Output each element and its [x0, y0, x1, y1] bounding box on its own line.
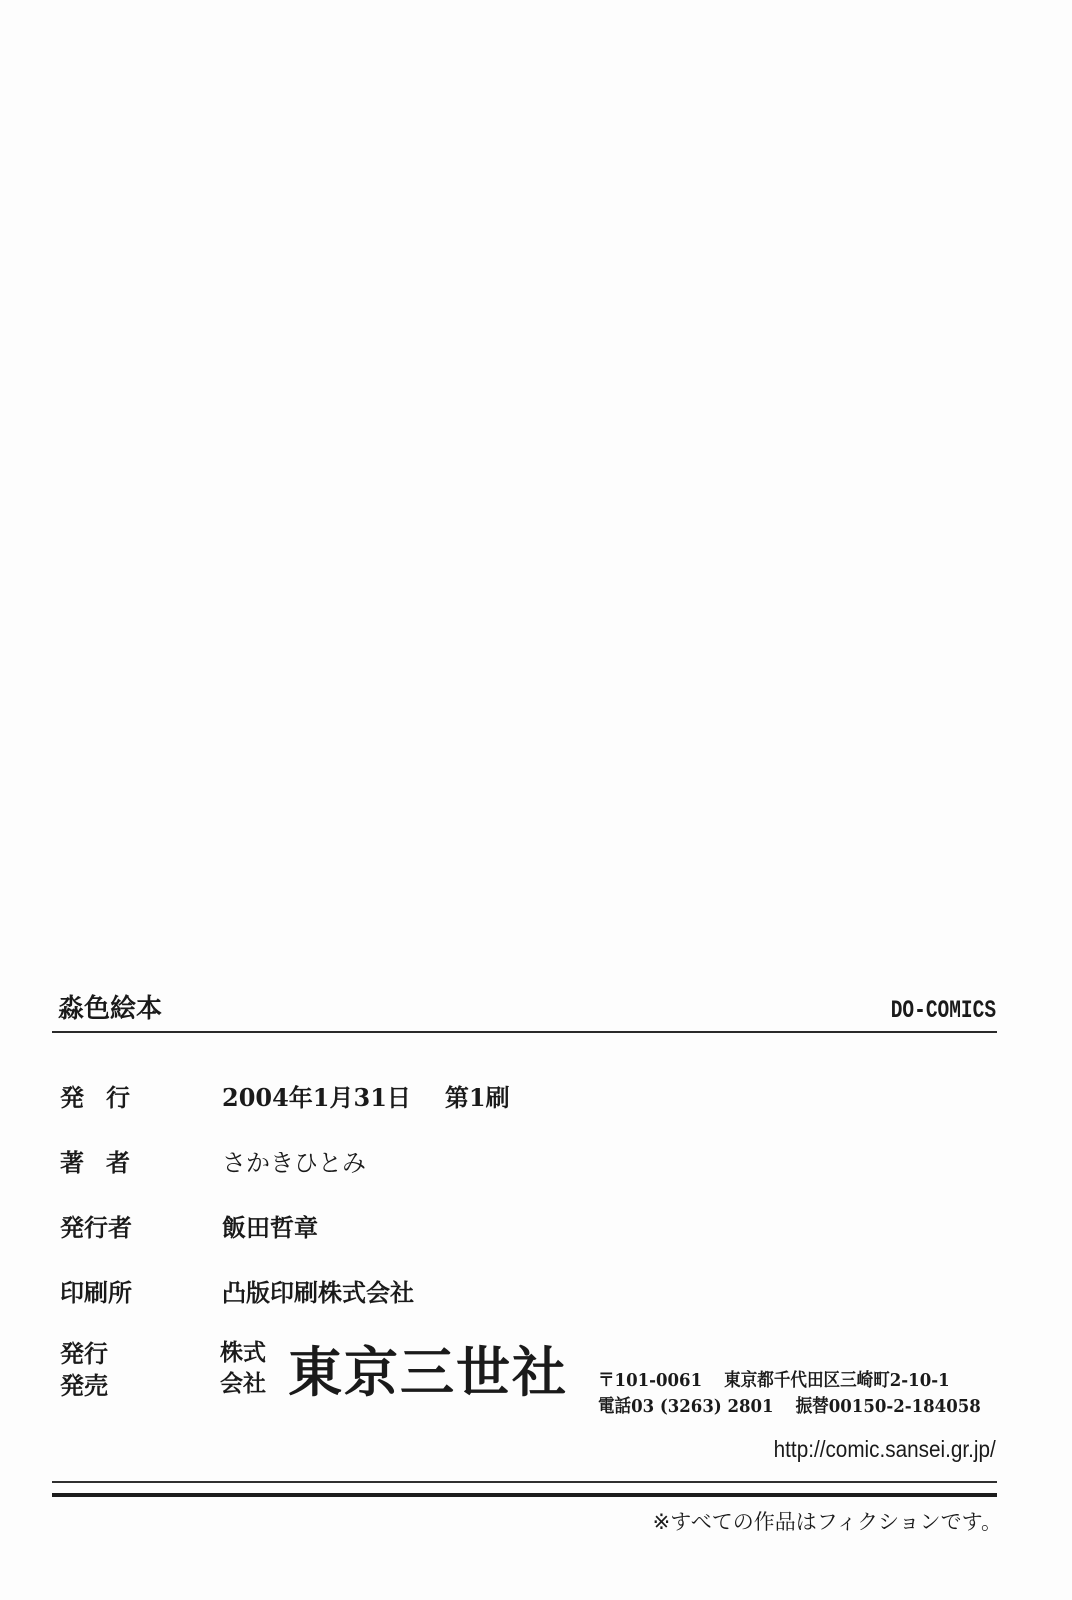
phone-number: 電話03 (3263) 2801	[598, 1396, 774, 1417]
publisher-url[interactable]: http://comic.sansei.gr.jp/	[774, 1436, 996, 1463]
publish-date: 2004年1月31日	[222, 1083, 411, 1112]
author-value: さかきひとみ	[222, 1143, 366, 1178]
contact-line: 電話03 (3263) 2801振替00150-2-184058	[598, 1394, 981, 1420]
bottom-divider-thin	[52, 1481, 997, 1483]
printer-label: 印刷所	[60, 1273, 132, 1308]
bottom-divider-thick	[52, 1493, 997, 1497]
kabushiki-line1: 株式	[220, 1338, 266, 1369]
publisher-name: 東京三世社	[288, 1330, 568, 1407]
publisher-address: 〒101-0061東京都千代田区三崎町2-10-1 電話03 (3263) 28…	[598, 1368, 981, 1420]
address-line: 〒101-0061東京都千代田区三崎町2-10-1	[598, 1368, 981, 1394]
book-title: 淼色絵本	[58, 988, 162, 1025]
publisher-person-label: 発行者	[60, 1208, 132, 1243]
printer-value: 凸版印刷株式会社	[222, 1273, 414, 1308]
publisher-person-value: 飯田哲章	[222, 1208, 318, 1243]
publish-date-label: 発行	[60, 1078, 152, 1113]
colophon-page: 淼色絵本 DO-COMICS 発行 2004年1月31日第1刷 著者 さかきひと…	[0, 0, 1072, 1600]
top-divider	[52, 1031, 997, 1033]
kabushiki-kaisha: 株式 会社	[220, 1338, 266, 1400]
publish-date-value: 2004年1月31日第1刷	[222, 1078, 510, 1113]
publisher-label-line1: 発行	[60, 1338, 108, 1370]
publisher-label: 発行 発売	[60, 1338, 108, 1402]
series-label: DO-COMICS	[891, 996, 996, 1025]
publisher-label-line2: 発売	[60, 1370, 108, 1402]
fiction-disclaimer: ※すべての作品はフィクションです。	[653, 1506, 1002, 1536]
street-address: 東京都千代田区三崎町2-10-1	[724, 1370, 949, 1391]
kabushiki-line2: 会社	[220, 1369, 266, 1400]
author-label: 著者	[60, 1143, 152, 1178]
transfer-account: 振替00150-2-184058	[796, 1396, 981, 1417]
print-edition: 第1刷	[445, 1083, 510, 1112]
postal-code: 〒101-0061	[598, 1370, 702, 1391]
